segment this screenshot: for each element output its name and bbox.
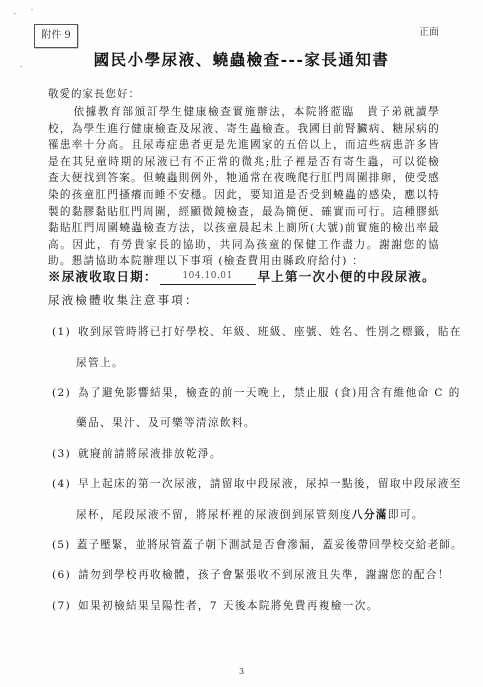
- salutation: 敬愛的家長您好：: [48, 86, 140, 101]
- note-number: (4): [52, 478, 71, 490]
- document-page: 附件 9 正面 國民小學尿液、蟯蟲檢查---家長通知書 敬愛的家長您好： 依據教…: [0, 0, 483, 687]
- note-item-4: (4) 早上起床的第一次尿液，請留取中段尿液，尿掉一點後，留取中段尿液至: [52, 476, 462, 491]
- page-number: 3: [0, 667, 483, 676]
- attachment-label: 附件 9: [41, 30, 71, 41]
- note-item-3: (3) 就寢前請將尿液排放乾淨。: [52, 446, 222, 461]
- side-label: 正面: [419, 23, 439, 38]
- note-number: (3): [52, 448, 71, 460]
- note-text: 請勿到學校再收檢體，孩子會緊張收不到尿液且失準，謝謝您的配合！: [78, 569, 450, 581]
- note-number: (6): [52, 569, 71, 581]
- note-cont-post: 即可。: [388, 509, 424, 521]
- note-number: (5): [52, 539, 70, 551]
- note-item-2-continuation: 藥品、果汁、及可樂等清涼飲料。: [76, 415, 256, 430]
- notes-heading: 尿液檢體收集注意事項：: [48, 292, 199, 308]
- collection-date-line: ※尿液收取日期： 104.10.01 早上第一次小便的中段尿液。: [48, 267, 436, 285]
- note-item-2: (2) 為了避免影響結果，檢查的前一天晚上，禁止服 (食)用含有維他命 C 的: [52, 385, 461, 400]
- note-item-4-continuation: 尿杯，尾段尿液不留，將尿杯裡的尿液倒到尿管刻度八分滿即可。: [76, 507, 424, 522]
- document-title: 國民小學尿液、蟯蟲檢查---家長通知書: [0, 48, 483, 70]
- note-text: 蓋子壓緊，並將尿管蓋子朝下測試是否會滲漏，蓋妥後帶回學校交給老師。: [77, 539, 463, 551]
- scan-speck: [31, 9, 33, 10]
- letter-body: 依據教育部頒訂學生健康檢查實施辦法，本院將蒞臨 貴子弟就讀學校，為學生進行健康檢…: [48, 104, 440, 270]
- note-text: 如果初檢結果呈陽性者，7 天後本院將免費再複檢一次。: [78, 600, 379, 612]
- scan-speck: [20, 66, 22, 67]
- note-cont-emphasis: 八分滿: [352, 509, 388, 521]
- scan-speck: [14, 13, 16, 14]
- note-item-5: (5) 蓋子壓緊，並將尿管蓋子朝下測試是否會滲漏，蓋妥後帶回學校交給老師。: [52, 537, 463, 552]
- note-item-1: (1) 收到尿管時將已打好學校、年級、班級、座號、姓名、性別之標籤，貼在: [52, 324, 462, 339]
- note-cont-pre: 尿杯，尾段尿液不留，將尿杯裡的尿液倒到尿管刻度: [76, 509, 352, 521]
- note-number: (2): [52, 387, 71, 399]
- note-number: (1): [52, 326, 71, 338]
- collection-date-suffix: 早上第一次小便的中段尿液。: [258, 267, 436, 285]
- attachment-label-box: 附件 9: [34, 24, 78, 48]
- note-item-6: (6) 請勿到學校再收檢體，孩子會緊張收不到尿液且失準，謝謝您的配合！: [52, 567, 450, 582]
- note-item-7: (7) 如果初檢結果呈陽性者，7 天後本院將免費再複檢一次。: [52, 598, 379, 613]
- collection-date-label: ※尿液收取日期：: [48, 267, 158, 285]
- note-text: 收到尿管時將已打好學校、年級、班級、座號、姓名、性別之標籤，貼在: [78, 326, 462, 338]
- note-item-1-continuation: 尿管上。: [76, 355, 124, 370]
- note-text: 就寢前請將尿液排放乾淨。: [78, 448, 222, 460]
- collection-date-field: 104.10.01: [160, 270, 256, 285]
- note-text: 早上起床的第一次尿液，請留取中段尿液，尿掉一點後，留取中段尿液至: [78, 478, 462, 490]
- note-number: (7): [52, 600, 71, 612]
- note-text: 為了避免影響結果，檢查的前一天晚上，禁止服 (食)用含有維他命 C 的: [78, 387, 461, 399]
